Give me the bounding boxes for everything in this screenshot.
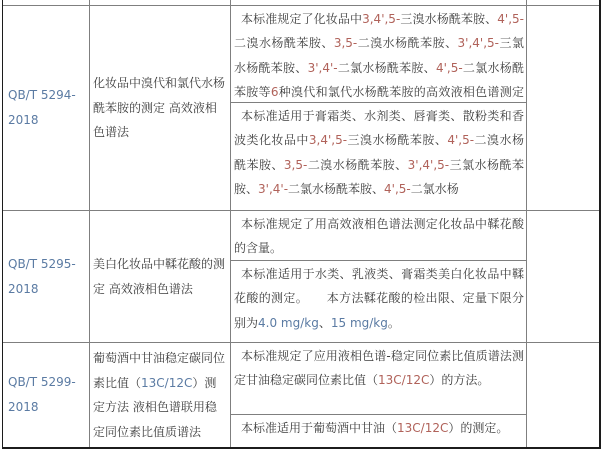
standard-code: QB/T 5294-2018 [8, 83, 89, 133]
application-paragraph: 本标准适用于膏霜类、水剂类、唇膏类、散粉类和香波类化妆品中3,4',5-三溴水杨… [231, 103, 526, 201]
standard-name: 化妆品中溴代和氯代水杨酰苯胺的测定 高效液相色谱法 [93, 71, 227, 145]
application-cell: 本标准适用于水类、乳液类、膏霜类美白化妆品中鞣花酸的测定。 本方法鞣花酸的检出限… [231, 261, 526, 342]
table-row: QB/T 5299-2018 葡萄酒中甘油稳定碳同位素比值（13C/12C）测定… [3, 342, 599, 447]
standard-name: 美白化妆品中鞣花酸的测定 高效液相色谱法 [93, 252, 227, 301]
standard-code-cell: QB/T 5294-2018 [3, 6, 90, 210]
table-row: QB/T 5294-2018 化妆品中溴代和氯代水杨酰苯胺的测定 高效液相色谱法… [3, 5, 599, 210]
standard-description-cell: 本标准规定了化妆品中3,4',5-三溴水杨酰苯胺、4',5-二溴水杨酰苯胺、3,… [231, 6, 527, 210]
standard-name: 葡萄酒中甘油稳定碳同位素比值（13C/12C）测定方法 液相色谱联用稳定同位素比… [93, 346, 227, 444]
standard-description-cell: 本标准规定了用高效液相色谱法测定化妆品中鞣花酸的含量。 本标准适用于水类、乳液类… [231, 211, 527, 342]
scope-cell: 本标准规定了化妆品中3,4',5-三溴水杨酰苯胺、4',5-二溴水杨酰苯胺、3,… [231, 6, 526, 103]
application-paragraph: 本标准适用于葡萄酒中甘油（13C/12C）的测定。 [231, 415, 526, 440]
partial-cell-code [3, 0, 90, 5]
application-paragraph: 本标准适用于水类、乳液类、膏霜类美白化妆品中鞣花酸的测定。 本方法鞣花酸的检出限… [231, 261, 526, 335]
standard-name-cell: 葡萄酒中甘油稳定碳同位素比值（13C/12C）测定方法 液相色谱联用稳定同位素比… [90, 343, 231, 447]
scope-paragraph: 本标准规定了用高效液相色谱法测定化妆品中鞣花酸的含量。 [231, 211, 526, 261]
scope-paragraph: 本标准规定了应用液相色谱-稳定同位素比值质谱法测定甘油稳定碳同位素比值（13C/… [231, 343, 526, 393]
standard-code-cell: QB/T 5299-2018 [3, 343, 90, 447]
standard-name-cell: 化妆品中溴代和氯代水杨酰苯胺的测定 高效液相色谱法 [90, 6, 231, 210]
standard-code: QB/T 5299-2018 [8, 370, 89, 420]
scope-cell: 本标准规定了应用液相色谱-稳定同位素比值质谱法测定甘油稳定碳同位素比值（13C/… [231, 343, 526, 415]
scope-paragraph: 本标准规定了化妆品中3,4',5-三溴水杨酰苯胺、4',5-二溴水杨酰苯胺、3,… [231, 6, 526, 103]
application-cell: 本标准适用于葡萄酒中甘油（13C/12C）的测定。 [231, 415, 526, 447]
partial-cell-empty [527, 0, 599, 5]
standard-name-cell: 美白化妆品中鞣花酸的测定 高效液相色谱法 [90, 211, 231, 342]
application-cell: 本标准适用于膏霜类、水剂类、唇膏类、散粉类和香波类化妆品中3,4',5-三溴水杨… [231, 103, 526, 210]
standards-table: QB/T 5294-2018 化妆品中溴代和氯代水杨酰苯胺的测定 高效液相色谱法… [2, 0, 601, 449]
page-background: { "colors": { "chinese-text": "#3d3d3d",… [0, 0, 605, 453]
table-row-partial-top [3, 0, 599, 5]
standard-description-cell: 本标准规定了应用液相色谱-稳定同位素比值质谱法测定甘油稳定碳同位素比值（13C/… [231, 343, 527, 447]
empty-column-cell [527, 343, 599, 447]
standard-code-cell: QB/T 5295-2018 [3, 211, 90, 342]
standard-code: QB/T 5295-2018 [8, 252, 89, 302]
empty-column-cell [527, 6, 599, 210]
table-row: QB/T 5295-2018 美白化妆品中鞣花酸的测定 高效液相色谱法 本标准规… [3, 210, 599, 342]
partial-cell-description [231, 0, 527, 5]
scope-cell: 本标准规定了用高效液相色谱法测定化妆品中鞣花酸的含量。 [231, 211, 526, 261]
empty-column-cell [527, 211, 599, 342]
partial-cell-name [90, 0, 231, 5]
